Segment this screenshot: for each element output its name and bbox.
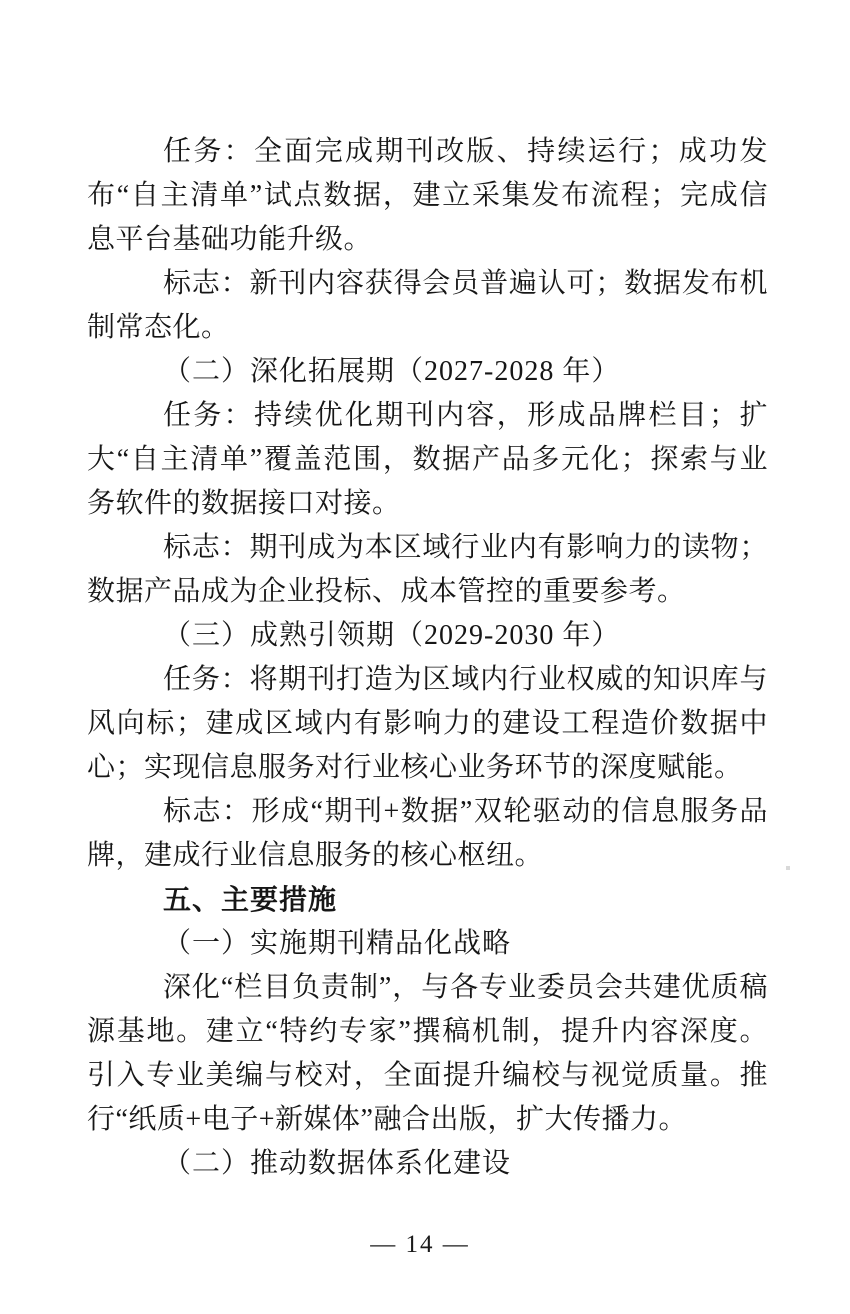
paragraph-phase1-markers: 标志：新刊内容获得会员普遍认可；数据发布机制常态化。 xyxy=(87,262,768,350)
paragraph-measure1-detail: 深化“栏目负责制”，与各专业委员会共建优质稿源基地。建立“特约专家”撰稿机制，提… xyxy=(87,966,768,1142)
subheading-phase2: （二）深化拓展期（2027-2028 年） xyxy=(87,350,768,394)
paragraph-phase2-tasks: 任务：持续优化期刊内容，形成品牌栏目；扩大“自主清单”覆盖范围，数据产品多元化；… xyxy=(87,394,768,526)
paragraph-phase2-markers: 标志：期刊成为本区域行业内有影响力的读物；数据产品成为企业投标、成本管控的重要参… xyxy=(87,526,768,614)
paragraph-phase3-markers: 标志：形成“期刊+数据”双轮驱动的信息服务品牌，建成行业信息服务的核心枢纽。 xyxy=(87,790,768,878)
paragraph-phase3-tasks: 任务：将期刊打造为区域内行业权威的知识库与风向标；建成区域内有影响力的建设工程造… xyxy=(87,658,768,790)
document-page: 任务：全面完成期刊改版、持续运行；成功发布“自主清单”试点数据，建立采集发布流程… xyxy=(0,0,850,1314)
document-body: 任务：全面完成期刊改版、持续运行；成功发布“自主清单”试点数据，建立采集发布流程… xyxy=(87,130,768,1186)
subheading-measure1: （一）实施期刊精品化战略 xyxy=(87,922,768,966)
heading-section5: 五、主要措施 xyxy=(87,878,768,922)
scan-artifact xyxy=(786,866,790,870)
subheading-phase3: （三）成熟引领期（2029-2030 年） xyxy=(87,614,768,658)
page-number: — 14 — xyxy=(0,1230,840,1260)
subheading-measure2: （二）推动数据体系化建设 xyxy=(87,1142,768,1186)
paragraph-phase1-tasks: 任务：全面完成期刊改版、持续运行；成功发布“自主清单”试点数据，建立采集发布流程… xyxy=(87,130,768,262)
